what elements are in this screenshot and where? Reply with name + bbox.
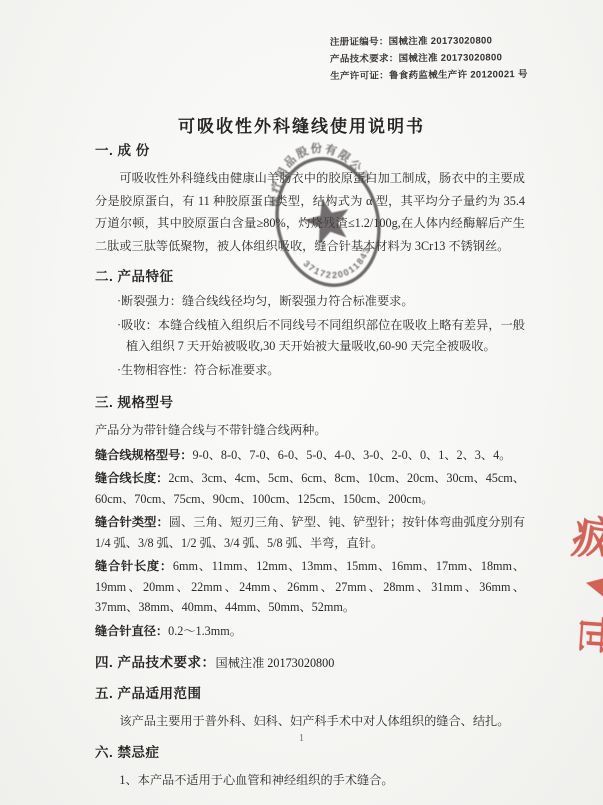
section-heading-specs: 三. 规格型号 [95, 394, 525, 412]
composition-paragraph: 可吸收性外科缝线由健康山羊肠衣中的胶原蛋白加工制成，肠衣中的主要成分是胶原蛋白，… [95, 167, 525, 257]
contraindications-paragraph: 1、本产品不适用于心血管和神经组织的手术缝合。 [95, 769, 525, 792]
document-body: 一. 成 份 可吸收性外科缝线由健康山羊肠衣中的胶原蛋白加工制成，肠衣中的主要成… [95, 142, 525, 791]
registration-number-line: 注册证编号：国械注准 20173020800 [330, 32, 528, 51]
registration-block: 注册证编号：国械注准 20173020800 产品技术要求：国械注准 20173… [330, 32, 528, 85]
spec-row-suture-lengths: 缝合线长度：2cm、3cm、4cm、5cm、6cm、8cm、10cm、20cm、… [95, 468, 525, 509]
technical-requirement-line: 产品技术要求：国械注准 20173020800 [330, 49, 528, 68]
section-heading-scope: 五. 产品适用范围 [95, 685, 525, 703]
edge-red-stamp-fragment-2: ◀ [583, 564, 603, 603]
scope-paragraph: 该产品主要用于普外科、妇科、妇产科手术中对人体组织的缝合、结扎。 [95, 710, 525, 733]
spec-label: 缝合线规格型号： [95, 448, 193, 462]
tech-requirements-label: 四. 产品技术要求： [95, 655, 216, 670]
section-heading-tech-requirements: 四. 产品技术要求：国械注准 20173020800 [95, 654, 525, 672]
spec-value: 9-0、8-0、7-0、6-0、5-0、4-0、3-0、2-0、0、1、2、3、… [193, 448, 512, 462]
spec-row-needle-lengths: 缝合针长度：6mm、11mm、12mm、13mm、15mm、16mm、17mm、… [95, 556, 525, 618]
document-page: 注册证编号：国械注准 20173020800 产品技术要求：国械注准 20173… [0, 0, 603, 805]
spec-label: 缝合线长度： [95, 471, 168, 485]
feature-bullet-strength: ·断裂强力：缝合线线径均匀，断裂强力符合标准要求。 [117, 291, 525, 313]
tech-requirements-value: 国械注准 20173020800 [216, 656, 335, 670]
production-license-line: 生产许可证：鲁食药监械生产许 20120021 号 [330, 66, 528, 85]
page-number: 1 [0, 733, 603, 744]
features-bullet-list: ·断裂强力：缝合线线径均匀，断裂强力符合标准要求。 ·吸收：本缝合线植入组织后不… [117, 291, 525, 381]
spec-value: 0.2～1.3mm。 [168, 624, 242, 638]
spec-row-needle-types: 缝合针类型：圆、三角、短刃三角、铲型、钝、铲型针；按针体弯曲弧度分别有 1/4 … [95, 512, 525, 553]
section-heading-composition: 一. 成 份 [95, 142, 525, 160]
spec-row-suture-sizes: 缝合线规格型号：9-0、8-0、7-0、6-0、5-0、4-0、3-0、2-0、… [95, 445, 525, 466]
section-heading-contraindications: 六. 禁忌症 [95, 744, 525, 762]
specs-intro: 产品分为带针缝合线与不带针缝合线两种。 [95, 419, 525, 442]
spec-label: 缝合针长度： [95, 559, 173, 573]
feature-bullet-biocompatibility: ·生物相容性：符合标准要求。 [117, 360, 525, 382]
section-heading-features: 二. 产品特征 [95, 268, 525, 286]
spec-row-needle-diameter: 缝合针直径：0.2～1.3mm。 [95, 621, 525, 642]
feature-bullet-absorption: ·吸收：本缝合线植入组织后不同线号不同组织部位在吸收上略有差异，一般植入组织 7… [117, 315, 525, 358]
spec-label: 缝合针直径： [95, 624, 168, 638]
spec-label: 缝合针类型： [95, 515, 169, 529]
page-title: 可吸收性外科缝线使用说明书 [0, 112, 603, 137]
edge-red-stamp-fragment-3: 世 [569, 614, 603, 656]
edge-red-stamp-fragment-1: 疯 [568, 500, 603, 572]
